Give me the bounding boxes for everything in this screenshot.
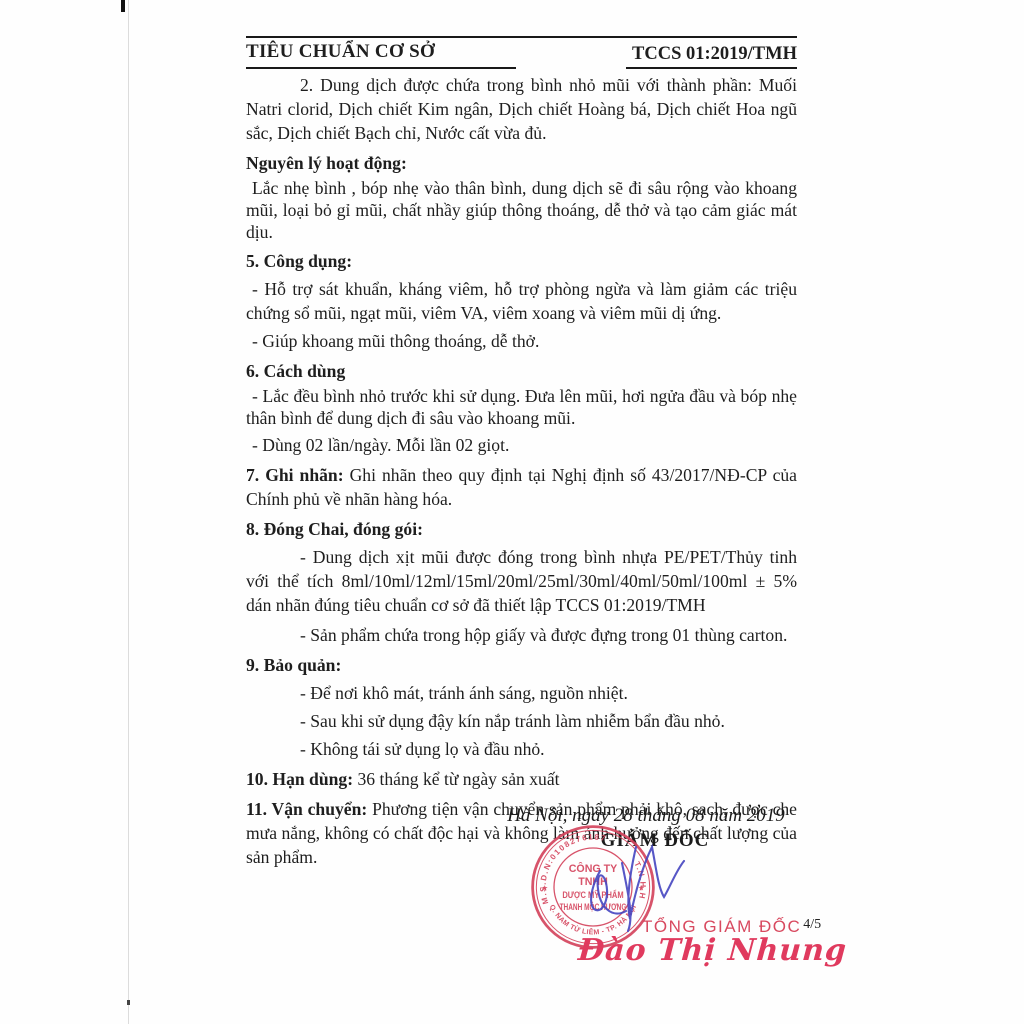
stamp-center-brand: THANH MỘC HƯƠNG	[560, 901, 627, 912]
list-item-direction-2: - Dùng 02 lần/ngày. Mỗi lần 02 giọt.	[246, 433, 797, 457]
paragraph-operating-principle: Lắc nhẹ bình , bóp nhẹ vào thân bình, du…	[246, 177, 797, 243]
heading-section-8-packaging: 8. Đóng Chai, đóng gói:	[246, 517, 797, 541]
list-item-direction-1: - Lắc đều bình nhỏ trước khi sử dụng. Đư…	[246, 385, 797, 429]
document-content: TIÊU CHUẨN CƠ SỞ TCCS 01:2019/TMH 2. Dun…	[246, 36, 797, 869]
stamp-arc-address: Q. NAM TỪ LIÊM - TP. HÀ NỘI	[548, 904, 638, 937]
signer-name: Đào Thị Nhung	[577, 933, 789, 968]
label-section-10: 10. Hạn dùng:	[246, 769, 353, 789]
header-standard-code: TCCS 01:2019/TMH	[626, 38, 797, 69]
list-item-storage-2: - Sau khi sử dụng đậy kín nắp tránh làm …	[246, 709, 797, 733]
scan-artifact-mark	[121, 0, 125, 12]
paragraph-labelling: 7. Ghi nhãn: Ghi nhãn theo quy định tại …	[246, 463, 797, 511]
label-section-11: 11. Vận chuyển:	[246, 799, 367, 819]
general-director-line: TỔNG GIÁM ĐỐC4/5	[642, 917, 821, 937]
general-director-title: TỔNG GIÁM ĐỐC	[642, 917, 801, 936]
stamp-center-tnhh: TNHH	[578, 876, 608, 888]
scanned-document-page: TIÊU CHUẨN CƠ SỞ TCCS 01:2019/TMH 2. Dun…	[0, 0, 1024, 1024]
paragraph-shelf-life: 10. Hạn dùng: 36 tháng kể từ ngày sản xu…	[246, 767, 797, 791]
signature-stroke-tail	[622, 863, 630, 931]
page-number-note: 4/5	[803, 917, 821, 932]
header-title: TIÊU CHUẨN CƠ SỞ	[246, 38, 516, 69]
heading-section-6-directions: 6. Cách dùng	[246, 359, 797, 383]
text-section-10: 36 tháng kể từ ngày sản xuất	[353, 769, 559, 789]
label-section-7: 7. Ghi nhãn:	[246, 465, 344, 485]
signature-stroke-loop	[591, 871, 626, 914]
list-item-storage-1: - Để nơi khô mát, tránh ánh sáng, nguồn …	[246, 681, 797, 705]
heading-operating-principle: Nguyên lý hoạt động:	[246, 151, 797, 175]
scan-page-edge-line	[128, 0, 129, 1024]
stamp-star-right-icon: ★	[638, 883, 645, 892]
paragraph-packaging-2: - Sản phẩm chứa trong hộp giấy và được đ…	[246, 623, 797, 647]
svg-text:Q. NAM TỪ LIÊM - TP. HÀ NỘI: Q. NAM TỪ LIÊM - TP. HÀ NỘI	[548, 904, 638, 937]
list-item-use-2: - Giúp khoang mũi thông thoáng, dễ thở.	[246, 329, 797, 353]
paragraph-composition: 2. Dung dịch được chứa trong bình nhỏ mũ…	[246, 73, 797, 145]
scan-artifact-dot	[127, 1000, 130, 1005]
list-item-storage-3: - Không tái sử dụng lọ và đầu nhỏ.	[246, 737, 797, 761]
stamp-star-left-icon: ★	[541, 883, 548, 892]
paragraph-transport: 11. Vận chuyển: Phương tiện vận chuyển s…	[246, 797, 797, 869]
heading-section-5-uses: 5. Công dụng:	[246, 249, 797, 273]
stamp-center-cosmetics: DƯỢC MỸ PHẨM	[562, 889, 624, 900]
paragraph-packaging-1: - Dung dịch xịt mũi được đóng trong bình…	[246, 545, 797, 617]
list-item-use-1: - Hỗ trợ sát khuẩn, kháng viêm, hỗ trợ p…	[246, 277, 797, 325]
heading-section-9-storage: 9. Bảo quản:	[246, 653, 797, 677]
document-header: TIÊU CHUẨN CƠ SỞ TCCS 01:2019/TMH	[246, 36, 797, 69]
